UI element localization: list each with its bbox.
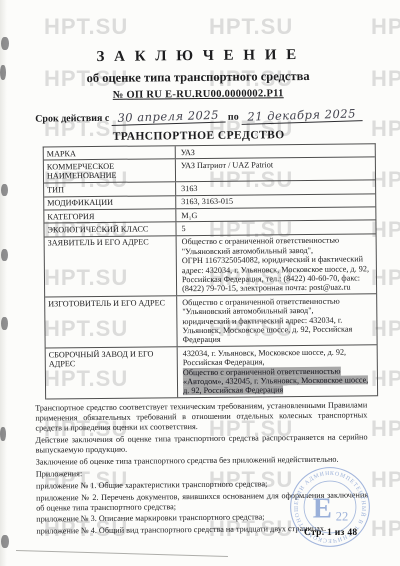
row-value: 3163, 3163-015: [176, 194, 375, 208]
scan-artifact: [1, 184, 8, 196]
approval-number: № ОП RU E-RU.RU00.0000002.P11: [0, 87, 398, 102]
handwritten-date-to: 21 декабря 2025: [241, 106, 362, 125]
paragraph: Действие заключения об оценке типа транс…: [35, 432, 367, 455]
svg-text:E: E: [313, 493, 332, 525]
scan-artifact: [0, 427, 6, 441]
row-label: СБОРОЧНЫЙ ЗАВОД И ЕГО АДРЕС: [46, 348, 178, 399]
svg-text:22: 22: [336, 509, 348, 523]
row-value: УАЗ: [176, 144, 375, 158]
row-value: 432034, г. Ульяновск, Московское шоссе, …: [178, 346, 377, 398]
row-value: 3163: [176, 181, 375, 195]
row-value: УАЗ Патриот / UAZ Patriot: [176, 158, 375, 182]
scan-artifact: [1, 249, 8, 261]
row-label: ЗАЯВИТЕЛЬ И ЕГО АДРЕС: [45, 236, 178, 297]
row-label: ТИП: [44, 182, 176, 196]
highlighted-text: Общество с ограниченной ответственностью…: [183, 366, 368, 395]
document-subtitle: об оценке типа транспортного средства: [0, 68, 398, 87]
row-label: КАТЕГОРИЯ: [44, 209, 176, 223]
document-title: З А К Л Ю Ч Е Н И Е: [0, 46, 398, 67]
row-value: Общество с ограниченной ответственностью…: [177, 295, 376, 347]
validity-line: Срок действия с 30 апреля 2025 по 21 дек…: [0, 107, 398, 126]
vehicle-section-title: ТРАНСПОРТНОЕ СРЕДСТВО: [0, 128, 399, 144]
table-row: СБОРОЧНЫЙ ЗАВОД И ЕГО АДРЕС432034, г. Ул…: [46, 346, 377, 400]
e22-approval-stamp-icon: КОМПЕТЕНТНЫЙ В ТЕХНИЧЕСКОМ ОТНОШЕНИИ АДМ…: [282, 459, 378, 555]
row-value: 5: [176, 221, 375, 235]
table-row: КОММЕРЧЕСКОЕ НАИМЕНОВАНИЕУАЗ Патриот / U…: [44, 158, 375, 184]
scan-artifact: [0, 65, 6, 80]
vehicle-table: МАРКАУАЗКОММЕРЧЕСКОЕ НАИМЕНОВАНИЕУАЗ Пат…: [43, 143, 378, 400]
row-value: M₁G: [176, 207, 375, 221]
paragraph: Транспортное средство соответствует техн…: [35, 401, 367, 434]
page-number: Стр. 1 из 48: [304, 528, 357, 538]
document-header: З А К Л Ю Ч Е Н И Е об оценке типа транс…: [0, 46, 399, 144]
row-label: КОММЕРЧЕСКОЕ НАИМЕНОВАНИЕ: [44, 160, 176, 183]
scan-artifact: [1, 535, 9, 548]
row-label: МАРКА: [44, 146, 176, 160]
row-label: МОДИФИКАЦИИ: [44, 196, 176, 210]
handwritten-date-from: 30 апреля 2025: [112, 108, 226, 126]
row-label: ИЗГОТОВИТЕЛЬ И ЕГО АДРЕС: [45, 297, 177, 348]
scan-artifact: [1, 317, 8, 330]
row-label: ЭКОЛОГИЧЕСКИЙ КЛАСС: [44, 223, 176, 237]
scan-artifact: [1, 37, 9, 50]
table-row: ЗАЯВИТЕЛЬ И ЕГО АДРЕСОбщество с ограниче…: [45, 234, 377, 298]
table-row: ИЗГОТОВИТЕЛЬ И ЕГО АДРЕСОбщество с огран…: [45, 295, 376, 349]
scanned-document-page: HPT.SUHPT.SUHPT.SUHPT.SUHPT.SUHPT.SUHPT.…: [0, 0, 400, 566]
validity-mid: по: [228, 112, 239, 123]
validity-prefix: Срок действия с: [35, 113, 109, 125]
row-value: Общество с ограниченной ответственностью…: [177, 234, 377, 295]
